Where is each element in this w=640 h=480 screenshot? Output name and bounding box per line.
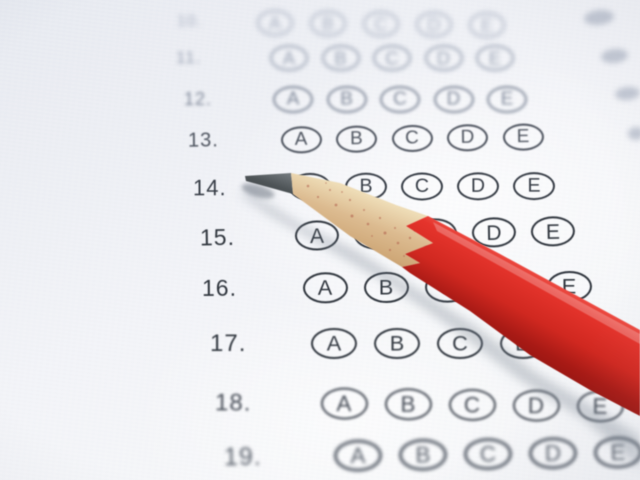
photo-answer-sheet-scene: 10.ABCDE11.ABCDE12.ABCDE13.ABCDE14.ABCDE… — [0, 0, 640, 480]
red-pencil — [0, 0, 640, 480]
